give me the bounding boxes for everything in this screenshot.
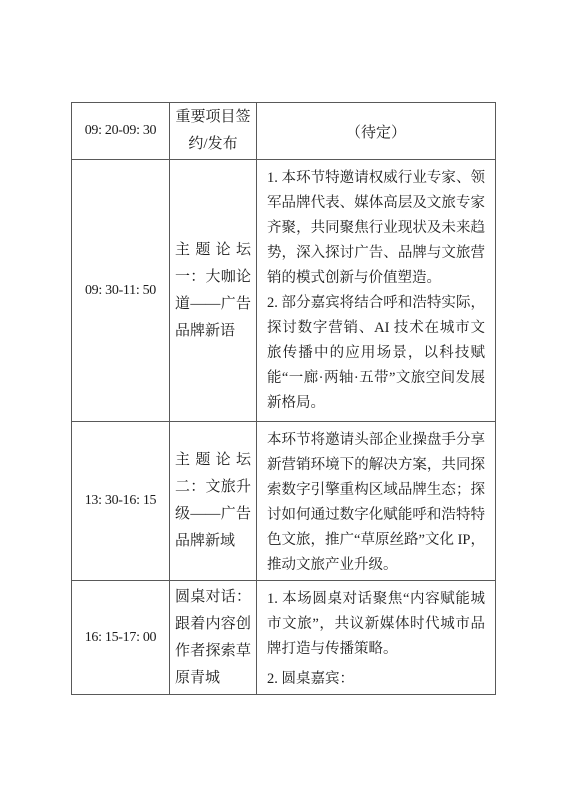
table-row-3: 13: 30-16: 15 主题论坛二：文旅升级——广告品牌新域 本环节将邀请头… [72,422,496,581]
schedule-table: 09: 20-09: 30 重要项目签约/发布 （待定） 09: 30-11: … [71,102,496,695]
description-paragraph: （待定） [257,121,495,142]
document-page: 09: 20-09: 30 重要项目签约/发布 （待定） 09: 30-11: … [0,0,566,800]
description-paragraph: 本环节将邀请头部企业操盘手分享新营销环境下的解决方案，共同探索数字引擎重构区域品… [267,428,485,578]
time-cell-3: 13: 30-16: 15 [72,422,170,581]
description-paragraph: 1. 本环节特邀请权威行业专家、领军品牌代表、媒体高层及文旅专家齐聚，共同聚焦行… [267,166,485,291]
session-cell-1: 重要项目签约/发布 [170,103,257,160]
time-cell-1: 09: 20-09: 30 [72,103,170,160]
description-cell-4: 1. 本场圆桌对话聚焦“内容赋能城市文旅”，共议新媒体时代城市品牌打造与传播策略… [257,581,496,695]
description-paragraph: 2. 圆桌嘉宾： [267,667,485,692]
table-row-1: 09: 20-09: 30 重要项目签约/发布 （待定） [72,103,496,160]
description-cell-1: （待定） [257,103,496,160]
table-row-2: 09: 30-11: 50 主题论坛一：大咖论道——广告品牌新语 1. 本环节特… [72,160,496,422]
table-row-4: 16: 15-17: 00 圆桌对话：跟着内容创作者探索草原青城 1. 本场圆桌… [72,581,496,695]
description-cell-2: 1. 本环节特邀请权威行业专家、领军品牌代表、媒体高层及文旅专家齐聚，共同聚焦行… [257,160,496,422]
time-cell-4: 16: 15-17: 00 [72,581,170,695]
description-cell-3: 本环节将邀请头部企业操盘手分享新营销环境下的解决方案，共同探索数字引擎重构区域品… [257,422,496,581]
description-paragraph: 1. 本场圆桌对话聚焦“内容赋能城市文旅”，共议新媒体时代城市品牌打造与传播策略… [267,587,485,662]
time-cell-2: 09: 30-11: 50 [72,160,170,422]
session-cell-2: 主题论坛一：大咖论道——广告品牌新语 [170,160,257,422]
session-cell-4: 圆桌对话：跟着内容创作者探索草原青城 [170,581,257,695]
description-paragraph: 2. 部分嘉宾将结合呼和浩特实际，探讨数字营销、AI 技术在城市文旅传播中的应用… [267,291,485,416]
session-cell-3: 主题论坛二：文旅升级——广告品牌新域 [170,422,257,581]
